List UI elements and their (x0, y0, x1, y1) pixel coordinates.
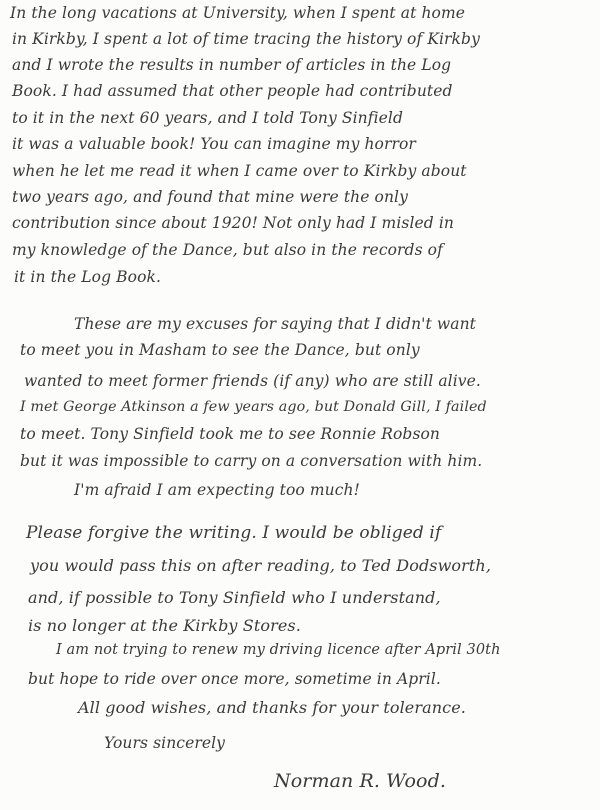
letter-line: contribution since about 1920! Not only … (12, 214, 454, 232)
letter-line: my knowledge of the Dance, but also in t… (12, 241, 443, 259)
letter-line: but it was impossible to carry on a conv… (20, 452, 482, 470)
letter-line: and I wrote the results in number of art… (12, 56, 451, 74)
letter-line: Book. I had assumed that other people ha… (12, 82, 453, 100)
letter-line: in Kirkby, I spent a lot of time tracing… (12, 30, 480, 48)
letter-page: In the long vacations at University, whe… (0, 0, 600, 810)
letter-line: In the long vacations at University, whe… (10, 4, 465, 22)
letter-line: it in the Log Book. (14, 268, 161, 286)
letter-line: two years ago, and found that mine were … (12, 188, 408, 206)
letter-line: it was a valuable book! You can imagine … (12, 135, 416, 153)
letter-line: I'm afraid I am expecting too much! (74, 481, 360, 499)
letter-line: and, if possible to Tony Sinfield who I … (28, 588, 441, 607)
letter-line: I met George Atkinson a few years ago, b… (20, 399, 487, 415)
letter-closing: Yours sincerely (104, 734, 225, 752)
letter-line: wanted to meet former friends (if any) w… (24, 372, 481, 390)
signature: Norman R. Wood. (274, 770, 446, 792)
letter-line: when he let me read it when I came over … (12, 162, 467, 180)
letter-line: is no longer at the Kirkby Stores. (28, 616, 301, 635)
letter-line: you would pass this on after reading, to… (30, 556, 491, 575)
letter-line: to it in the next 60 years, and I told T… (12, 109, 403, 127)
letter-line: but hope to ride over once more, sometim… (28, 670, 441, 688)
letter-line: to meet. Tony Sinfield took me to see Ro… (20, 425, 440, 443)
letter-line: All good wishes, and thanks for your tol… (78, 698, 466, 717)
letter-line: Please forgive the writing. I would be o… (26, 523, 441, 543)
letter-line: to meet you in Masham to see the Dance, … (20, 341, 420, 359)
letter-line: I am not trying to renew my driving lice… (56, 642, 501, 658)
letter-line: These are my excuses for saying that I d… (74, 315, 476, 333)
